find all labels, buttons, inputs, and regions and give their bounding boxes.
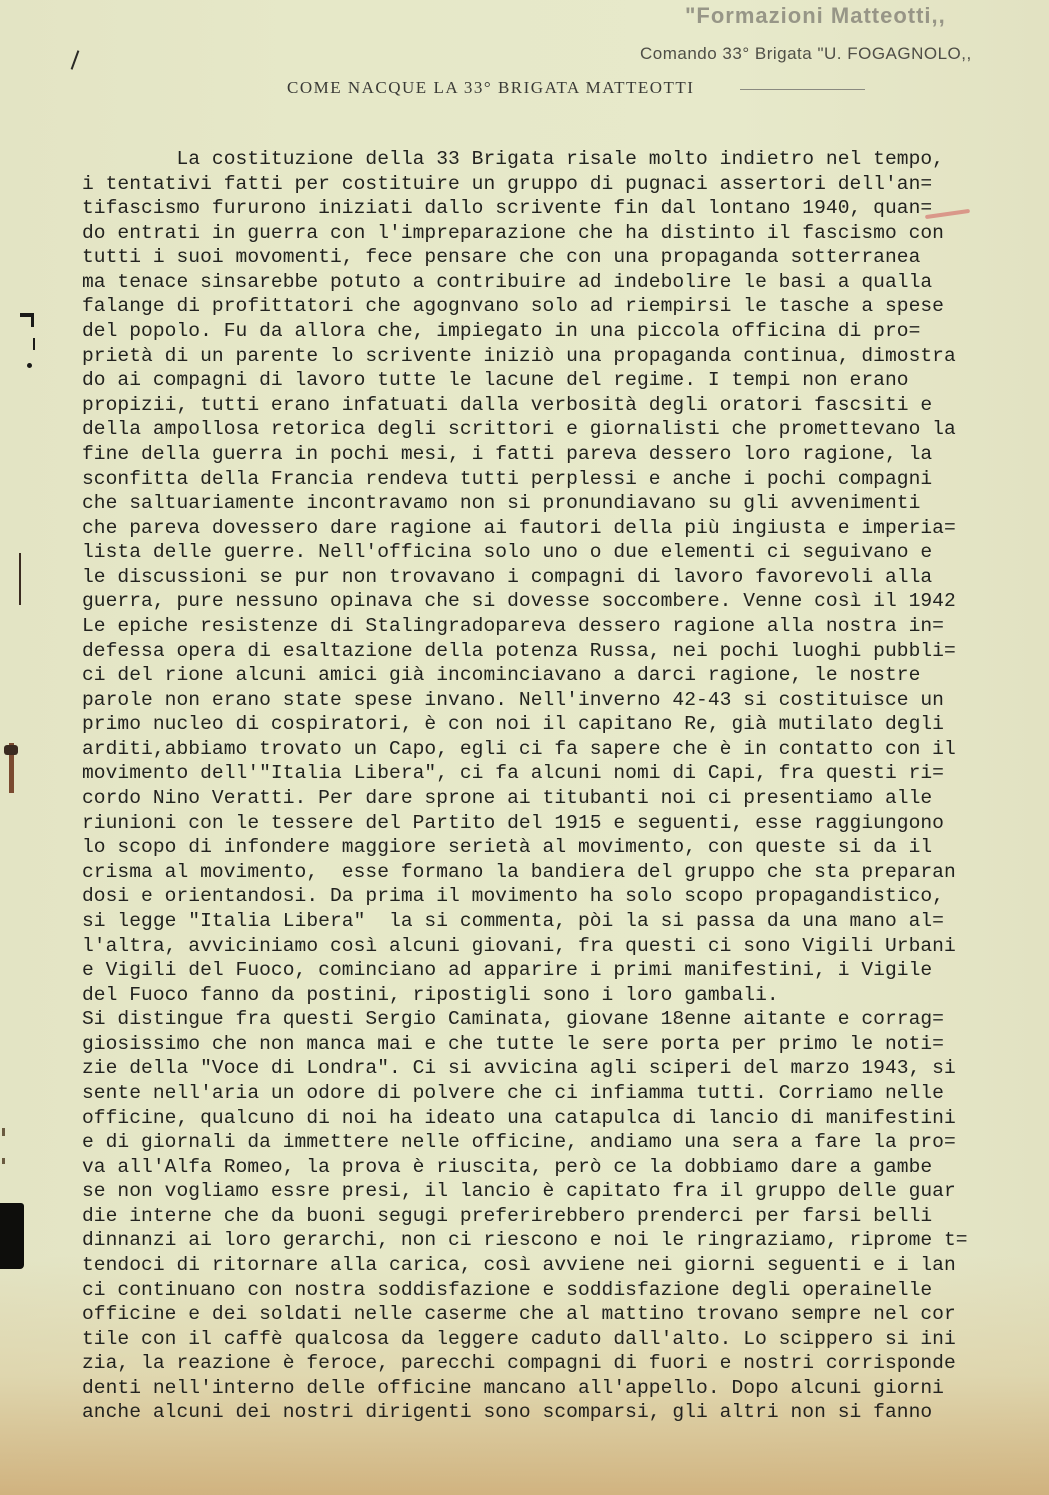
text-line: arditi,abbiamo trovato un Capo, egli ci …: [82, 737, 1042, 762]
text-line: le discussioni se pur non trovavano i co…: [82, 565, 1042, 590]
stamp-comando-brigata: Comando 33° Brigata "U. FOGAGNOLO,,: [640, 44, 972, 64]
text-line: e di giornali da immettere nelle officin…: [82, 1130, 1042, 1155]
text-line: zia, la reazione è feroce, parecchi comp…: [82, 1351, 1042, 1376]
text-line: lista delle guerre. Nell'officina solo u…: [82, 540, 1042, 565]
text-line: tendoci di ritornare alla carica, così a…: [82, 1253, 1042, 1278]
text-line: primo nucleo di cospiratori, è con noi i…: [82, 712, 1042, 737]
text-line: Si distingue fra questi Sergio Caminata,…: [82, 1007, 1042, 1032]
text-line: falange di profittatori che agognvano so…: [82, 294, 1042, 319]
text-line: officine e dei soldati nelle caserme che…: [82, 1302, 1042, 1327]
text-line: ci del rione alcuni amici già incomincia…: [82, 663, 1042, 688]
margin-bracket-mark-vertical: [31, 313, 34, 327]
text-line: riunioni con le tessere del Partito del …: [82, 811, 1042, 836]
black-binding-mark: [0, 1203, 24, 1269]
text-line: do entrati in guerra con l'impreparazion…: [82, 221, 1042, 246]
text-line: del popolo. Fu da allora che, impiegato …: [82, 319, 1042, 344]
document-title: COME NACQUE LA 33° BRIGATA MATTEOTTI: [287, 78, 694, 98]
text-line: sconfitta della Francia rendeva tutti pe…: [82, 467, 1042, 492]
text-line: tutti i suoi movomenti, fece pensare che…: [82, 245, 1042, 270]
text-line: guerra, pure nessuno opinava che si dove…: [82, 589, 1042, 614]
text-line: crisma al movimento, esse formano la ban…: [82, 860, 1042, 885]
text-line: prietà di un parente lo scrivente iniziò…: [82, 344, 1042, 369]
margin-tick-mark: [2, 1158, 5, 1164]
text-line: l'altra, avviciniamo così alcuni giovani…: [82, 934, 1042, 959]
text-line: parole non erano state spese invano. Nel…: [82, 688, 1042, 713]
text-line: dinnanzi ai loro gerarchi, non ci riesco…: [82, 1228, 1042, 1253]
margin-dot-mark: [27, 363, 32, 368]
text-line: propizii, tutti erano infatuati dalla ve…: [82, 393, 1042, 418]
document-body: La costituzione della 33 Brigata risale …: [82, 147, 1042, 1425]
text-line: die interne che da buoni segugi preferir…: [82, 1204, 1042, 1229]
margin-tick-mark: [2, 1128, 5, 1136]
text-line: dosi e orientandosi. Da prima il movimen…: [82, 884, 1042, 909]
text-line: cordo Nino Veratti. Per dare sprone ai t…: [82, 786, 1042, 811]
text-line: si legge "Italia Libera" la si commenta,…: [82, 909, 1042, 934]
text-line: tile con il caffè qualcosa da leggere ca…: [82, 1327, 1042, 1352]
text-line: della ampollosa retorica degli scrittori…: [82, 417, 1042, 442]
text-line: Le epiche resistenze di Stalingradoparev…: [82, 614, 1042, 639]
text-line: fine della guerra in pochi mesi, i fatti…: [82, 442, 1042, 467]
text-line: denti nell'interno delle officine mancan…: [82, 1376, 1042, 1401]
text-line: i tentativi fatti per costituire un grup…: [82, 172, 1042, 197]
text-line: che saltuariamente incontravamo non si p…: [82, 491, 1042, 516]
text-line: e Vigili del Fuoco, cominciano ad appari…: [82, 958, 1042, 983]
text-line: se non vogliamo essre presi, il lancio è…: [82, 1179, 1042, 1204]
text-line: lo scopo di infondere maggiore serietà a…: [82, 835, 1042, 860]
text-line: movimento dell'"Italia Libera", ci fa al…: [82, 761, 1042, 786]
text-line: che pareva dovessero dare ragione ai fau…: [82, 516, 1042, 541]
margin-slash-mark: [71, 50, 80, 69]
text-line: va all'Alfa Romeo, la prova è riuscita, …: [82, 1155, 1042, 1180]
title-underline-rule: [740, 89, 865, 90]
document-page: "Formazioni Matteotti,, Comando 33° Brig…: [0, 0, 1049, 1495]
stamp-formazioni-matteotti: "Formazioni Matteotti,,: [685, 3, 946, 29]
text-line: ci continuano con nostra soddisfazione e…: [82, 1278, 1042, 1303]
margin-tick-mark: [33, 338, 35, 350]
text-line: giosissimo che non manca mai e che tutte…: [82, 1032, 1042, 1057]
pin-head-mark: [4, 745, 18, 755]
text-line: officine, qualcuno di noi ha ideato una …: [82, 1106, 1042, 1131]
text-line: del Fuoco fanno da postini, ripostigli s…: [82, 983, 1042, 1008]
margin-vertical-line-mark: [19, 553, 21, 605]
text-line: defessa opera di esaltazione della poten…: [82, 639, 1042, 664]
text-line: anche alcuni dei nostri dirigenti sono s…: [82, 1400, 1042, 1425]
text-line: do ai compagni di lavoro tutte le lacune…: [82, 368, 1042, 393]
text-line: tifascismo fururono iniziati dallo scriv…: [82, 196, 1042, 221]
text-line: sente nell'aria un odore di polvere che …: [82, 1081, 1042, 1106]
text-line: ma tenace sinsarebbe potuto a contribuir…: [82, 270, 1042, 295]
text-line: La costituzione della 33 Brigata risale …: [82, 147, 1042, 172]
text-line: zie della "Voce di Londra". Ci si avvici…: [82, 1056, 1042, 1081]
